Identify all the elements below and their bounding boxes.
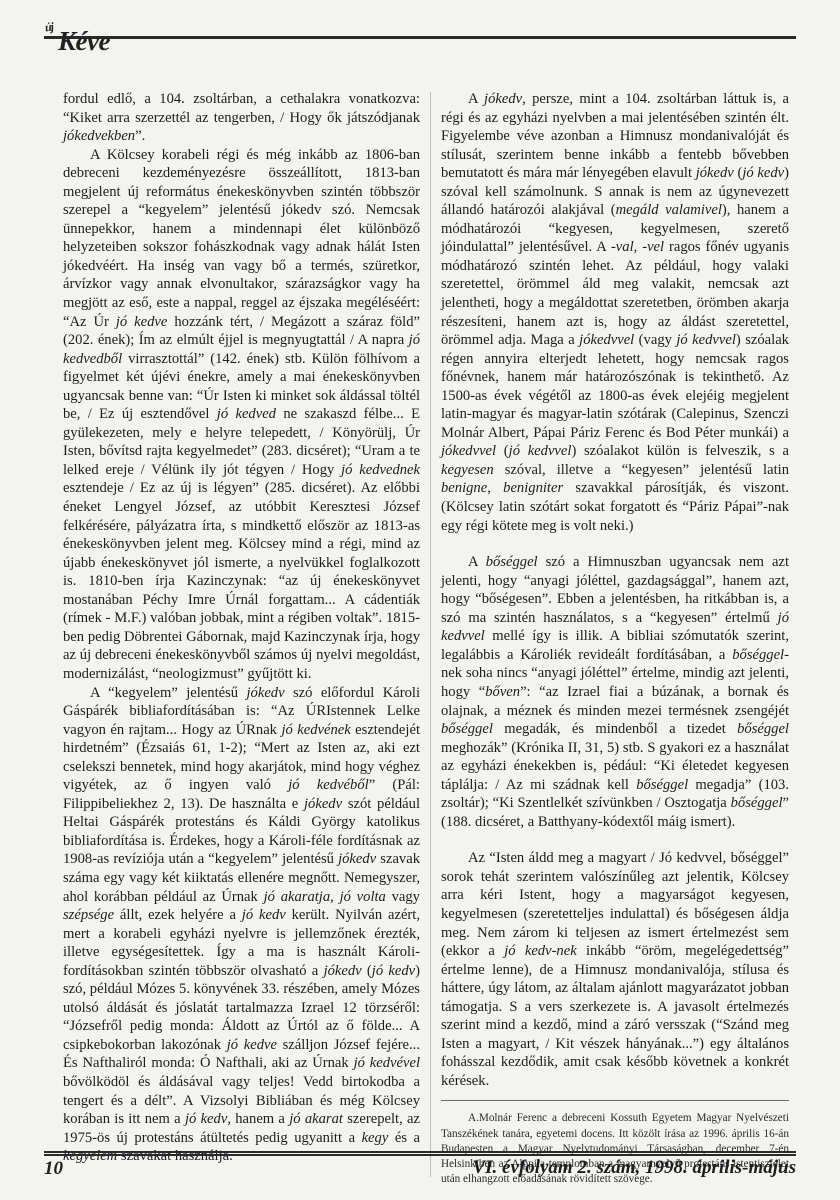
logo-prefix: új	[44, 20, 54, 36]
italic-term: jó kedvednek	[341, 462, 420, 478]
italic-term: bőséggel	[441, 721, 493, 737]
italic-term: jó kedv	[185, 1111, 227, 1127]
italic-term: bőséggel	[737, 721, 789, 737]
italic-term: jó akaratja	[264, 889, 331, 905]
article-paragraph: fordul edlő, a 104. zsoltárban, a cethal…	[63, 90, 420, 146]
italic-term: szépsége	[63, 907, 114, 923]
italic-term: jó kedvéből	[288, 777, 368, 793]
text-run: ,	[330, 889, 339, 905]
italic-term: jókedv	[324, 963, 362, 979]
italic-term: -vel	[642, 239, 664, 255]
italic-term: jó kedv	[372, 963, 415, 979]
text-run: ) szóalak régen annyira elterjedt lehete…	[441, 332, 789, 441]
italic-term: jó volta	[340, 889, 386, 905]
text-run: megadák, és mindenből a tizedet	[493, 721, 737, 737]
page-header: új Kéve	[0, 0, 840, 80]
italic-term: jó kedve	[116, 314, 168, 330]
italic-term: bőséggel	[486, 554, 538, 570]
text-run: és a	[388, 1130, 420, 1146]
text-run: ) szóalakot külön is felveszik, s a	[571, 443, 789, 459]
italic-term: jó akarat	[289, 1111, 343, 1127]
issue-info: VI. évfolyam 2. szám, 1998. április-máju…	[472, 1157, 796, 1179]
text-run: ,	[634, 239, 643, 255]
text-run: A Kölcsey korabeli régi és még inkább az…	[63, 147, 420, 330]
article-paragraph: Az “Isten áldd meg a magyart / Jó kedvve…	[441, 849, 789, 1090]
italic-term: jókedv	[696, 165, 734, 181]
column-divider	[430, 92, 431, 1177]
text-run: A	[468, 91, 484, 107]
text-run: ”.	[135, 128, 145, 144]
right-column: A jókedv, persze, mint a 104. zsoltárban…	[441, 90, 789, 1187]
header-rule	[44, 36, 796, 39]
italic-term: jó kedvvel	[676, 332, 736, 348]
italic-term: benigniter	[503, 480, 563, 496]
italic-term: jó kedv-nek	[504, 943, 577, 959]
text-run: (	[362, 963, 372, 979]
footer-rule	[44, 1151, 796, 1156]
italic-term: jó kedvvel	[509, 443, 572, 459]
italic-term: jókedvekben	[63, 128, 135, 144]
italic-term: jó kedv	[742, 165, 784, 181]
italic-term: -val	[611, 239, 634, 255]
text-run: (vagy	[634, 332, 676, 348]
text-run: (	[496, 443, 509, 459]
text-run: inkább “öröm, megelégedettség” értelme l…	[441, 943, 789, 1089]
italic-term: jókedv	[246, 685, 284, 701]
italic-term: jókedvvel	[441, 443, 496, 459]
article-paragraph: A “kegyelem” jelentésű jókedv szó előfor…	[63, 684, 420, 1166]
italic-term: benigne	[441, 480, 487, 496]
text-run: , hanem a	[227, 1111, 289, 1127]
italic-term: jó kedv	[242, 907, 286, 923]
italic-term: jó kedved	[217, 406, 276, 422]
italic-term: bőven	[485, 684, 520, 700]
text-run: ,	[487, 480, 503, 496]
left-column: fordul edlő, a 104. zsoltárban, a cethal…	[63, 90, 420, 1166]
article-paragraph: A bőséggel szó a Himnuszban ugyancsak ne…	[441, 553, 789, 831]
article-paragraph: A Kölcsey korabeli régi és még inkább az…	[63, 146, 420, 684]
italic-term: jó kedvének	[281, 722, 350, 738]
text-run: fordul edlő, a 104. zsoltárban, a cethal…	[63, 91, 420, 126]
note-divider	[441, 1100, 789, 1101]
italic-term: jókedvvel	[579, 332, 634, 348]
italic-term: jó kedve	[227, 1037, 277, 1053]
italic-term: kegyesen	[441, 462, 494, 478]
text-run: vagy	[386, 889, 420, 905]
article-body-right: A jókedv, persze, mint a 104. zsoltárban…	[441, 90, 789, 1090]
page-number: 10	[44, 1158, 63, 1180]
italic-term: kegy	[362, 1130, 389, 1146]
text-run: állt, ezek helyére a	[114, 907, 242, 923]
magazine-logo: Kéve	[58, 26, 110, 57]
text-run: szóval, illetve a “kegyesen” jelentésű l…	[494, 462, 789, 478]
italic-term: jókedv	[484, 91, 522, 107]
italic-term: megáld valamivel	[616, 202, 722, 218]
italic-term: jókedv	[338, 851, 376, 867]
italic-term: bőséggel	[636, 777, 688, 793]
italic-term: bőséggel	[732, 647, 784, 663]
text-run: A “kegyelem” jelentésű	[90, 685, 246, 701]
italic-term: jókedv	[304, 796, 342, 812]
text-run: esztendeje / Ez az új is légyen” (285. d…	[63, 480, 420, 681]
italic-term: bőséggel	[731, 795, 783, 811]
article-paragraph: A jókedv, persze, mint a 104. zsoltárban…	[441, 90, 789, 535]
italic-term: jó kedvével	[354, 1055, 420, 1071]
text-run: A	[468, 554, 486, 570]
